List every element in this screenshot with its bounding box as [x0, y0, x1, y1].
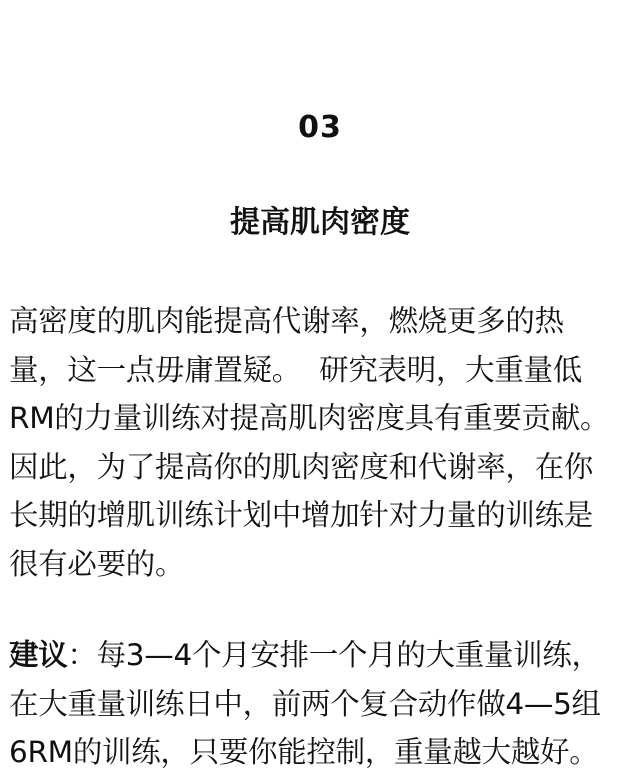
- section-number: 03: [0, 108, 640, 148]
- text-line: 建议：每3—4个月安排一个月的大重量训练，: [9, 631, 639, 680]
- text-line: 长期的增肌训练计划中增加针对力量的训练是: [9, 491, 639, 540]
- paragraph-suggestion: 建议：每3—4个月安排一个月的大重量训练， 在大重量训练日中，前两个复合动作做4…: [9, 631, 639, 770]
- text-line: 在大重量训练日中，前两个复合动作做4—5组: [9, 680, 639, 729]
- suggestion-label: 建议: [9, 638, 67, 672]
- text-line: 量，这一点毋庸置疑。 研究表明，大重量低: [9, 346, 639, 395]
- suggestion-text: ：每3—4个月安排一个月的大重量训练，: [67, 638, 600, 672]
- text-line: 高密度的肌肉能提高代谢率，燃烧更多的热: [9, 297, 639, 346]
- text-line: 因此，为了提高你的肌肉密度和代谢率，在你: [9, 443, 639, 492]
- paragraph-muscle-density: 高密度的肌肉能提高代谢率，燃烧更多的热 量，这一点毋庸置疑。 研究表明，大重量低…: [9, 297, 639, 588]
- text-line: 很有必要的。: [9, 540, 639, 589]
- text-line: RM的力量训练对提高肌肉密度具有重要贡献。: [9, 394, 639, 443]
- text-line: 6RM的训练，只要你能控制，重量越大越好。: [9, 728, 639, 770]
- section-title: 提高肌肉密度: [0, 202, 640, 244]
